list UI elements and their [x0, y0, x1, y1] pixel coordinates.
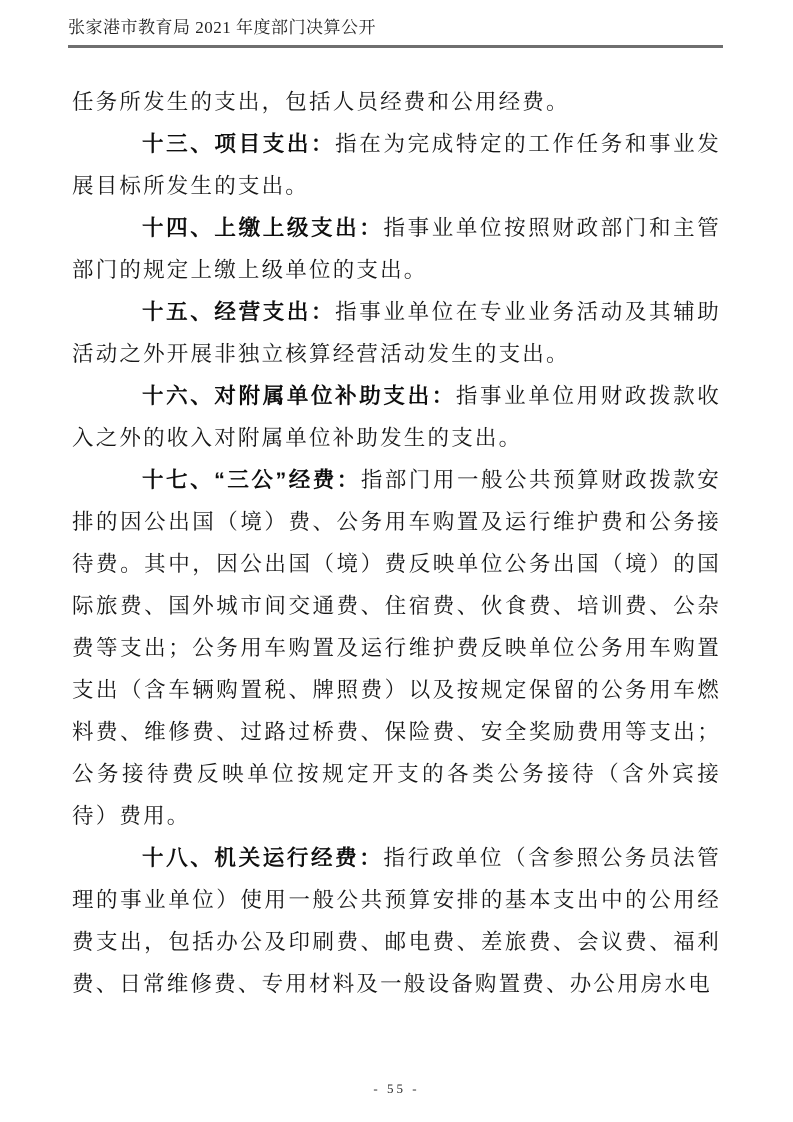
header-title: 张家港市教育局 2021 年度部门决算公开 [68, 13, 723, 38]
paragraph: 十六、对附属单位补助支出：指事业单位用财政拨款收入之外的收入对附属单位补助发生的… [72, 375, 721, 459]
page-number: - 55 - [373, 1081, 419, 1096]
document-body: 任务所发生的支出，包括人员经费和公用经费。 十三、项目支出：指在为完成特定的工作… [72, 81, 721, 1005]
paragraph-lead: 十四、上缴上级支出： [142, 216, 383, 240]
paragraph: 十七、“三公”经费：指部门用一般公共预算财政拨款安排的因公出国（境）费、公务用车… [72, 459, 721, 837]
paragraph-lead: 十八、机关运行经费： [142, 846, 383, 870]
page-footer: - 55 - [0, 1080, 793, 1098]
paragraph-lead: 十六、对附属单位补助支出： [142, 384, 456, 408]
page-header: 张家港市教育局 2021 年度部门决算公开 [68, 13, 723, 48]
paragraph-lead: 十三、项目支出： [142, 132, 335, 156]
paragraph: 任务所发生的支出，包括人员经费和公用经费。 [72, 81, 721, 123]
paragraph-lead: 十五、经营支出： [142, 300, 335, 324]
paragraph: 十八、机关运行经费：指行政单位（含参照公务员法管理的事业单位）使用一般公共预算安… [72, 837, 721, 1005]
paragraph-text: 指部门用一般公共预算财政拨款安排的因公出国（境）费、公务用车购置及运行维护费和公… [72, 468, 721, 828]
document-page: 张家港市教育局 2021 年度部门决算公开 任务所发生的支出，包括人员经费和公用… [0, 0, 793, 1122]
paragraph: 十四、上缴上级支出：指事业单位按照财政部门和主管部门的规定上缴上级单位的支出。 [72, 207, 721, 291]
paragraph-lead: 十七、“三公”经费： [142, 468, 361, 492]
paragraph: 十三、项目支出：指在为完成特定的工作任务和事业发展目标所发生的支出。 [72, 123, 721, 207]
paragraph-text: 任务所发生的支出，包括人员经费和公用经费。 [72, 90, 570, 114]
paragraph: 十五、经营支出：指事业单位在专业业务活动及其辅助活动之外开展非独立核算经营活动发… [72, 291, 721, 375]
